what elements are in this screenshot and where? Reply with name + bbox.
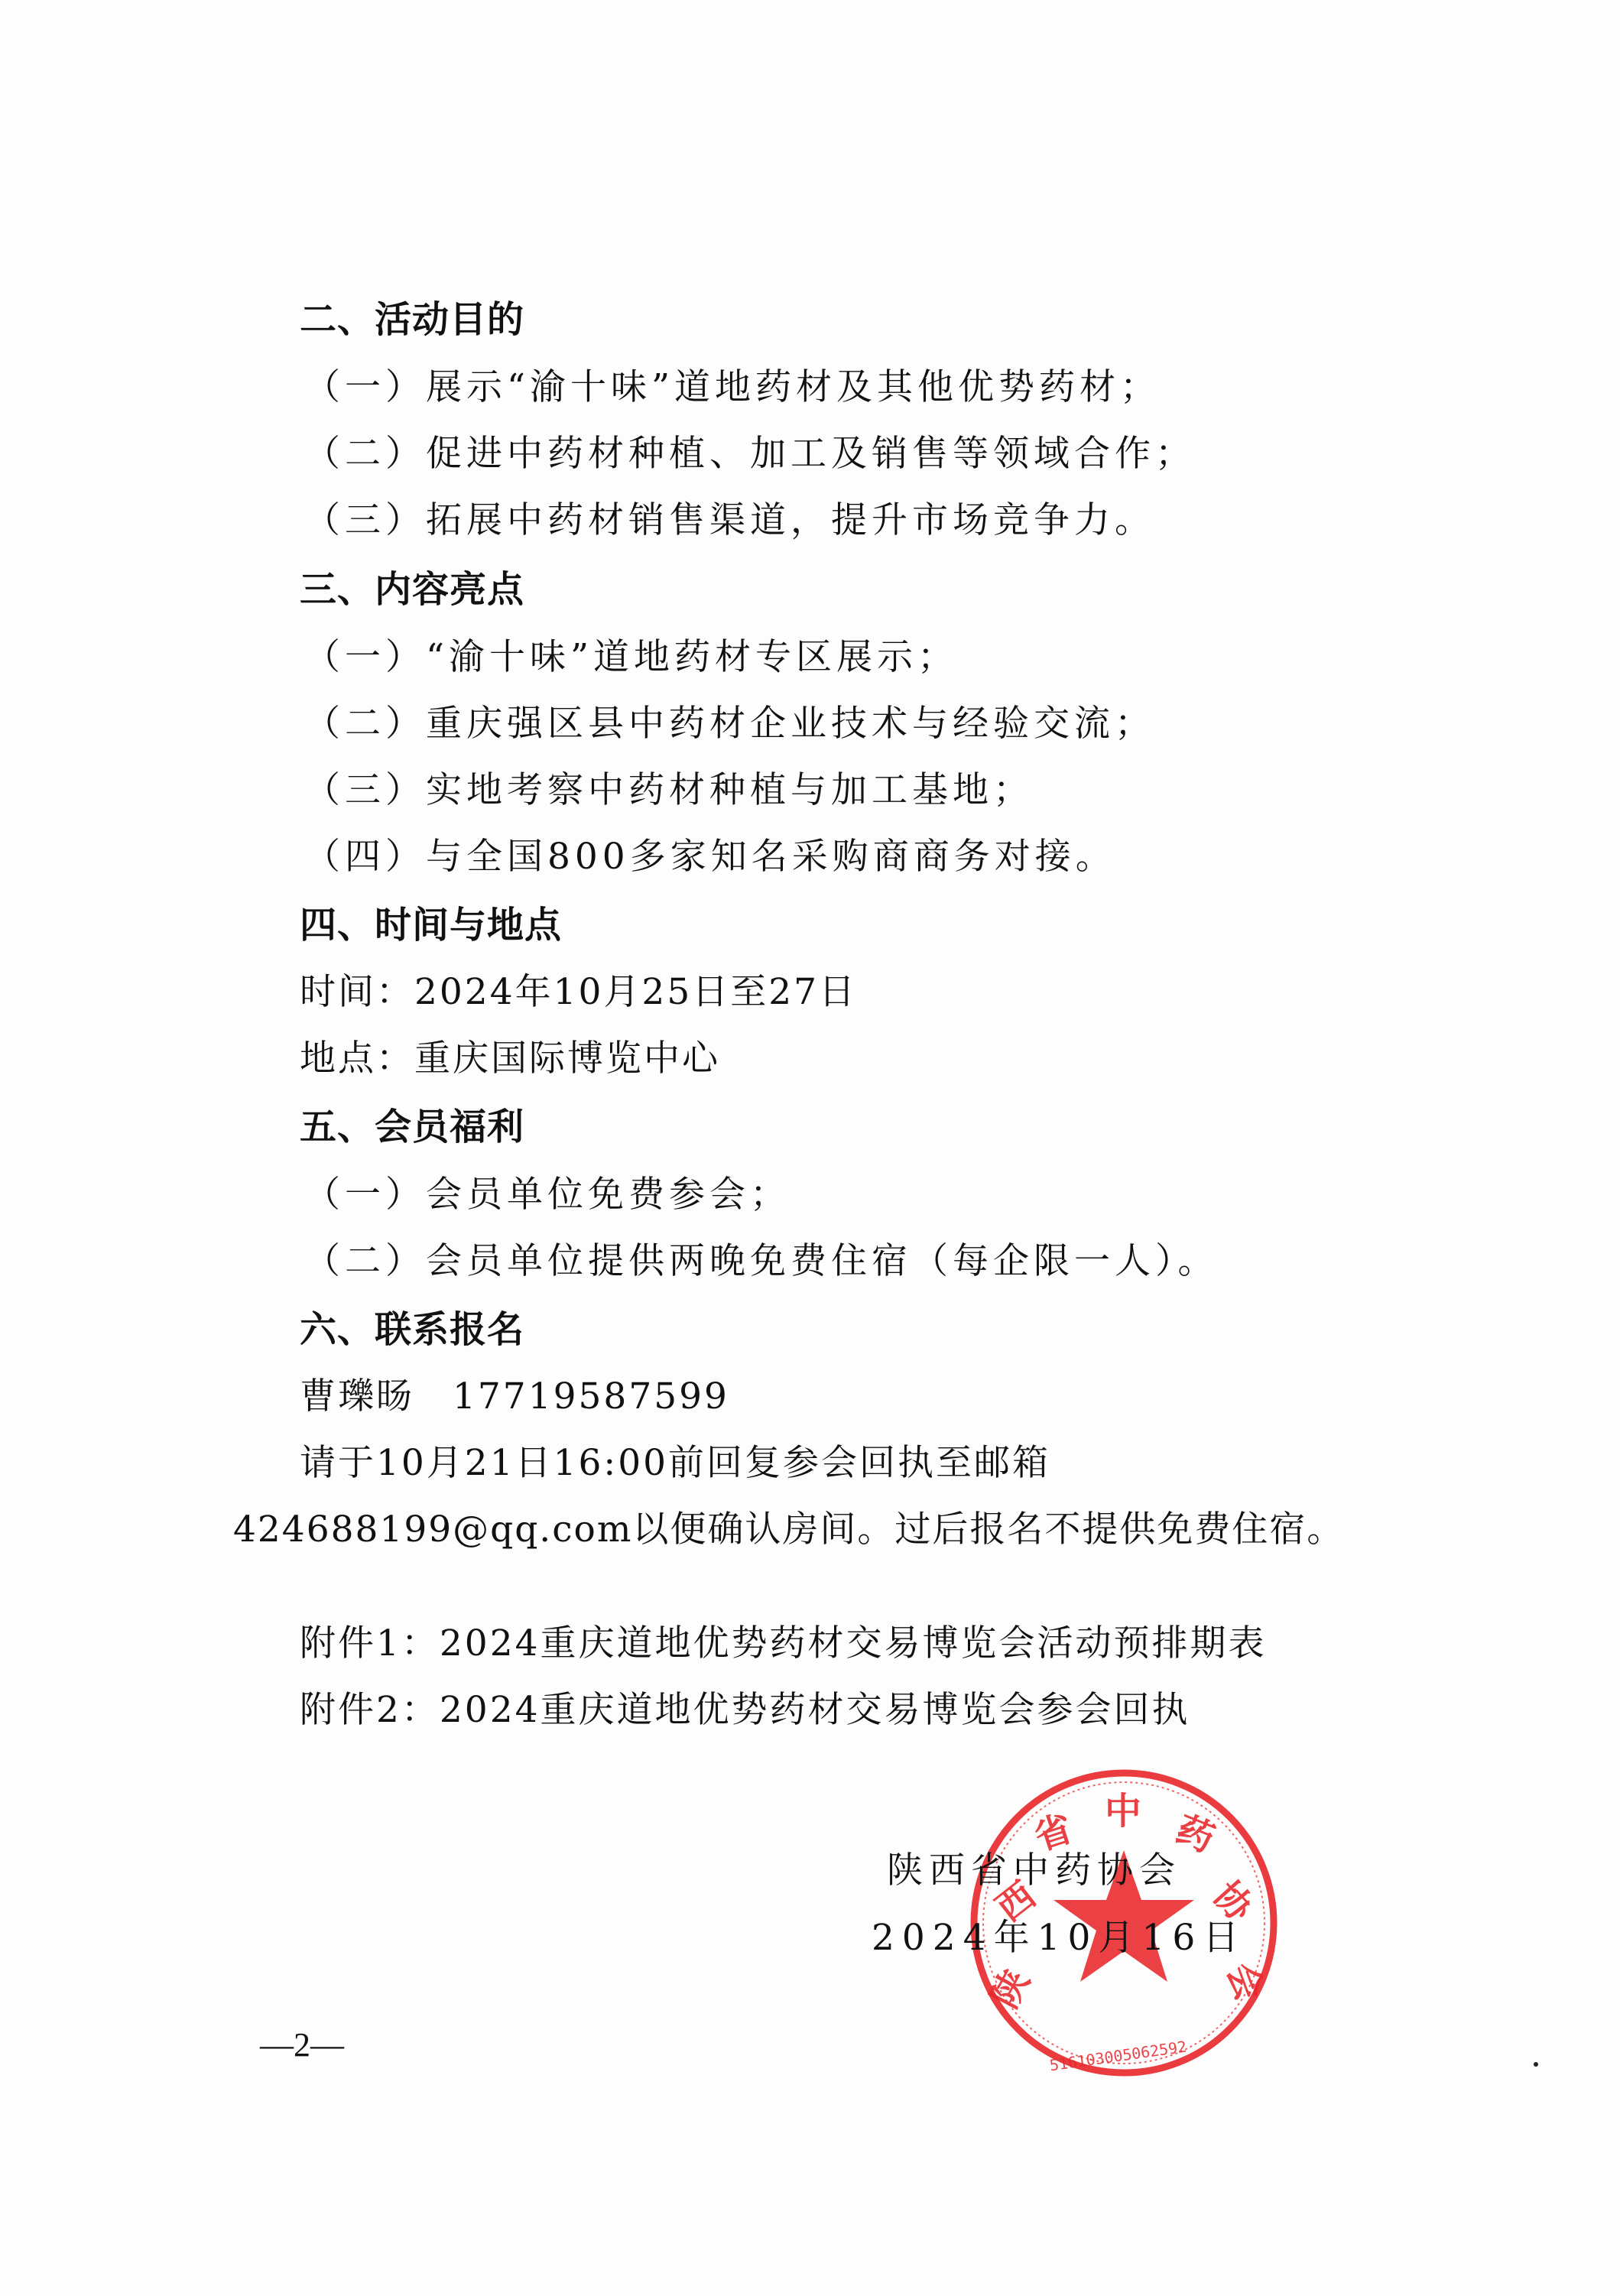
event-location: 地点：重庆国际博览中心 — [300, 1036, 720, 1082]
signature-organization: 陕西省中药协会 — [887, 1848, 1181, 1894]
section-heading-time-place: 四、时间与地点 — [300, 902, 562, 948]
list-item: （四）与全国800多家知名采购商商务对接。 — [304, 834, 1116, 880]
svg-text:会: 会 — [1219, 1957, 1271, 2006]
list-item: （三）实地考察中药材种植与加工基地； — [304, 768, 1034, 814]
svg-text:陕: 陕 — [983, 1963, 1038, 2015]
page-number: —2— — [260, 2026, 344, 2064]
document-page: 二、活动目的 （一）展示“渝十味”道地药材及其他优势药材； （二）促进中药材种植… — [0, 0, 1620, 2296]
list-item: （二）重庆强区县中药材企业技术与经验交流； — [304, 701, 1155, 747]
list-item: （二）促进中药材种植、加工及销售等领域合作； — [304, 431, 1196, 477]
registration-email-notice: 424688199@qq.com以便确认房间。过后报名不提供免费住宿。 — [233, 1507, 1344, 1553]
section-heading-contact: 六、联系报名 — [300, 1307, 524, 1353]
signature-date: 2024年10月16日 — [872, 1915, 1246, 1961]
scan-speck — [1534, 2062, 1538, 2067]
list-item: （一）会员单位免费参会； — [304, 1172, 791, 1218]
list-item: （一）展示“渝十味”道地药材及其他优势药材； — [304, 365, 1161, 411]
event-time: 时间：2024年10月25日至27日 — [300, 969, 857, 1015]
contact-name-phone: 曹瓅旸 17719587599 — [300, 1374, 729, 1420]
section-heading-member-benefits: 五、会员福利 — [300, 1104, 524, 1150]
section-heading-highlights: 三、内容亮点 — [300, 567, 524, 612]
list-item: （二）会员单位提供两晚免费住宿（每企限一人）。 — [304, 1239, 1219, 1284]
svg-text:5161030050625​92: 5161030050625​92 — [1048, 2038, 1187, 2075]
registration-notice: 请于10月21日16:00前回复参会回执至邮箱 — [300, 1440, 1050, 1486]
attachment-2: 附件2：2024重庆道地优势药材交易博览会参会回执 — [300, 1687, 1190, 1733]
section-heading-purpose: 二、活动目的 — [300, 297, 524, 343]
list-item: （三）拓展中药材销售渠道，提升市场竞争力。 — [304, 498, 1155, 544]
attachment-1: 附件1：2024重庆道地优势药材交易博览会活动预排期表 — [300, 1621, 1267, 1667]
svg-text:中: 中 — [1105, 1790, 1141, 1833]
list-item: （一）“渝十味”道地药材专区展示； — [304, 635, 958, 680]
